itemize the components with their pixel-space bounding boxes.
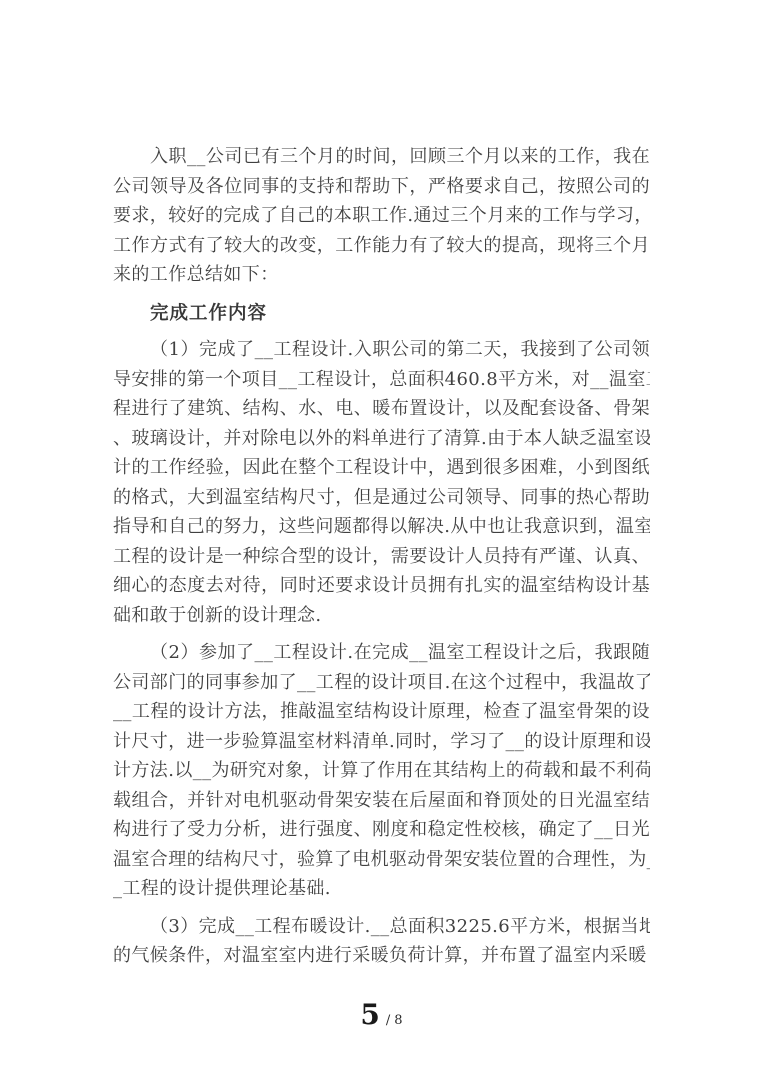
text-line: 公司领导及各位同事的支持和帮助下，严格要求自己，按照公司的 xyxy=(113,172,650,202)
page-number: 5 xyxy=(360,998,379,1031)
text-line: （3）完成__工程布暖设计.__总面积3225.6平方米，根据当地 xyxy=(113,912,650,942)
text-line: 工作方式有了较大的改变，工作能力有了较大的提高，现将三个月 xyxy=(113,231,650,261)
text-line: 入职__公司已有三个月的时间，回顾三个月以来的工作，我在 xyxy=(113,142,650,172)
page-number-separator: / xyxy=(386,1013,390,1028)
text-line: 计尺寸，进一步验算温室材料清单.同时，学习了__的设计原理和设 xyxy=(113,727,650,757)
section-heading: 完成工作内容 xyxy=(113,299,650,329)
text-line: 来的工作总结如下： xyxy=(113,260,650,290)
text-line: 构进行了受力分析，进行强度、刚度和稳定性校核，确定了__日光 xyxy=(113,815,650,845)
document-content: 入职__公司已有三个月的时间，回顾三个月以来的工作，我在公司领导及各位同事的支持… xyxy=(113,0,650,971)
intro-paragraph: 入职__公司已有三个月的时间，回顾三个月以来的工作，我在公司领导及各位同事的支持… xyxy=(113,142,650,290)
text-line: （1）完成了__工程设计.入职公司的第二天，我接到了公司领 xyxy=(113,335,650,365)
text-line: _工程的设计提供理论基础. xyxy=(113,874,650,904)
text-line: 温室合理的结构尺寸，验算了电机驱动骨架安装位置的合理性，为_ xyxy=(113,845,650,875)
work-item-2-paragraph: （2）参加了__工程设计.在完成__温室工程设计之后，我跟随公司部门的同事参加了… xyxy=(113,638,650,904)
text-line: 导安排的第一个项目__工程设计，总面积460.8平方米，对__温室工 xyxy=(113,365,650,395)
text-line: 的格式，大到温室结构尺寸，但是通过公司领导、同事的热心帮助 xyxy=(113,483,650,513)
text-line: 础和敢于创新的设计理念. xyxy=(113,601,650,631)
page-footer: 5/8 xyxy=(0,998,763,1031)
text-line: __工程的设计方法，推敲温室结构设计原理，检查了温室骨架的设 xyxy=(113,697,650,727)
document-page: 入职__公司已有三个月的时间，回顾三个月以来的工作，我在公司领导及各位同事的支持… xyxy=(0,0,763,1080)
text-line: 指导和自己的努力，这些问题都得以解决.从中也让我意识到，温室 xyxy=(113,512,650,542)
text-line: 公司部门的同事参加了__工程的设计项目.在这个过程中，我温故了 xyxy=(113,668,650,698)
work-item-3-paragraph: （3）完成__工程布暖设计.__总面积3225.6平方米，根据当地的气候条件，对… xyxy=(113,912,650,971)
text-line: 载组合，并针对电机驱动骨架安装在后屋面和脊顶处的日光温室结 xyxy=(113,786,650,816)
text-line: 工程的设计是一种综合型的设计，需要设计人员持有严谨、认真、 xyxy=(113,542,650,572)
text-line: 要求，较好的完成了自己的本职工作.通过三个月来的工作与学习， xyxy=(113,201,650,231)
text-line: 计方法.以__为研究对象，计算了作用在其结构上的荷载和最不利荷 xyxy=(113,756,650,786)
text-line: 的气候条件，对温室室内进行采暖负荷计算，并布置了温室内采暖 xyxy=(113,941,650,971)
text-line: 、玻璃设计，并对除电以外的料单进行了清算.由于本人缺乏温室设 xyxy=(113,424,650,454)
page-total: 8 xyxy=(394,1013,402,1028)
text-line: 计的工作经验，因此在整个工程设计中，遇到很多困难，小到图纸 xyxy=(113,453,650,483)
text-line: 程进行了建筑、结构、水、电、暖布置设计，以及配套设备、骨架 xyxy=(113,394,650,424)
text-line: （2）参加了__工程设计.在完成__温室工程设计之后，我跟随 xyxy=(113,638,650,668)
work-item-1-paragraph: （1）完成了__工程设计.入职公司的第二天，我接到了公司领导安排的第一个项目__… xyxy=(113,335,650,630)
text-line: 细心的态度去对待，同时还要求设计员拥有扎实的温室结构设计基 xyxy=(113,571,650,601)
